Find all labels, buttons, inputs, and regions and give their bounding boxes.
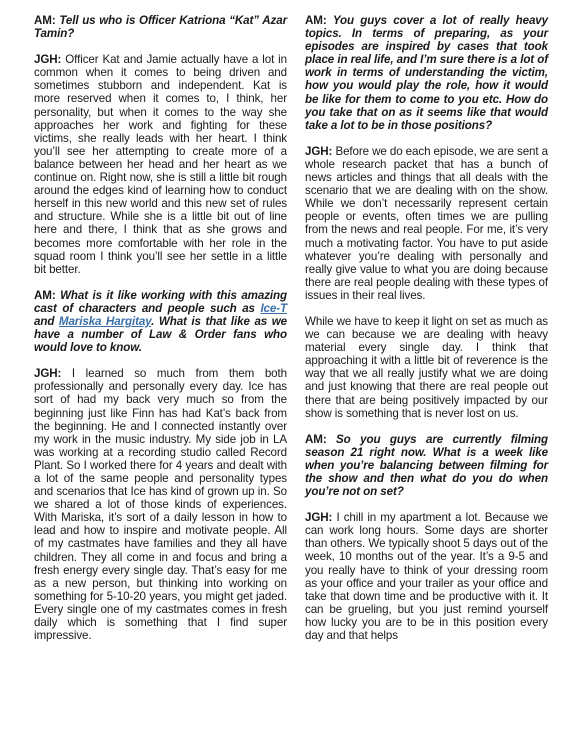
question-text: So you guys are currently filming season… [305, 433, 548, 498]
speaker-label: AM: [305, 14, 327, 27]
answer-text: Officer Kat and Jamie actually have a lo… [34, 53, 287, 276]
answer-text: I chill in my apartment a lot. Because w… [305, 511, 548, 642]
question-text: What is it like working with this amazin… [34, 289, 287, 315]
speaker-label: AM: [34, 289, 56, 302]
answer-heavy-topics: JGH: Before we do each episode, we are s… [305, 145, 548, 302]
speaker-label: AM: [34, 14, 56, 27]
question-kat-character: AM: Tell us who is Officer Katriona “Kat… [34, 14, 287, 40]
question-text: and [34, 315, 59, 328]
mariska-hargitay-link[interactable]: Mariska Hargitay [59, 315, 151, 328]
speaker-label: JGH: [305, 145, 332, 158]
question-text: Tell us who is Officer Katriona “Kat” Az… [34, 14, 287, 40]
question-heavy-topics: AM: You guys cover a lot of really heavy… [305, 14, 548, 132]
answer-filming-week: JGH: I chill in my apartment a lot. Beca… [305, 511, 548, 642]
speaker-label: JGH: [34, 53, 61, 66]
answer-heavy-topics-continued: While we have to keep it light on set as… [305, 315, 548, 420]
speaker-label: JGH: [305, 511, 332, 524]
speaker-label: JGH: [34, 367, 61, 380]
answer-text: Before we do each episode, we are sent a… [305, 145, 548, 302]
answer-text: I learned so much from them both profess… [34, 367, 287, 642]
answer-cast: JGH: I learned so much from them both pr… [34, 367, 287, 642]
left-column: AM: Tell us who is Officer Katriona “Kat… [34, 14, 287, 655]
question-cast: AM: What is it like working with this am… [34, 289, 287, 354]
answer-text: While we have to keep it light on set as… [305, 315, 548, 420]
right-column: AM: You guys cover a lot of really heavy… [305, 14, 548, 655]
answer-kat-character: JGH: Officer Kat and Jamie actually have… [34, 53, 287, 276]
question-filming-week: AM: So you guys are currently filming se… [305, 433, 548, 498]
ice-t-link[interactable]: Ice-T [260, 302, 287, 315]
speaker-label: AM: [305, 433, 327, 446]
question-text: You guys cover a lot of really heavy top… [305, 14, 548, 132]
